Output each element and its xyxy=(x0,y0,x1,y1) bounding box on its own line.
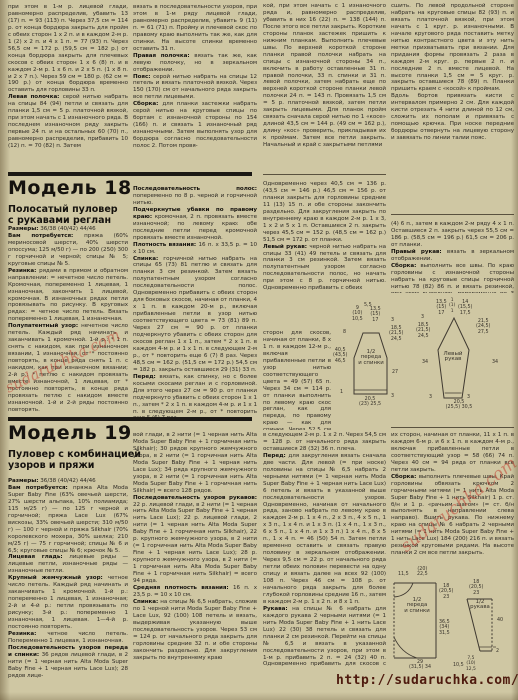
paragraph: вой глади, в 2 нити (= 1 черная нить Alt… xyxy=(133,432,257,495)
text-column-m18-4: (4) 6 п., затем в каждом 2-м ряду 4 х 1 … xyxy=(391,221,514,293)
paragraph: Размеры: 36/38 (40/42) 44/46 xyxy=(8,478,128,485)
measurement-label: 36,5 (34) 31,5 xyxy=(439,620,450,636)
measurement-label: 29 (31,5) 34 xyxy=(402,660,438,671)
measurement-label: 34 xyxy=(422,360,428,365)
measurement-label: 18 (20,5) 23 xyxy=(439,584,453,600)
paragraph: Левый рукав: черной нитью набрать на спи… xyxy=(263,244,386,293)
scan-shadow-left xyxy=(0,0,10,700)
paragraph: Размеры: 36/38 (40/42) 44/46 xyxy=(8,226,128,233)
text-column-m18-3-narrow: сторон для скосов, начиная от планки, 8 … xyxy=(263,330,331,430)
text-column-m19-3: в следующем 2-м р. 1 х 2 п. Через 54,5 с… xyxy=(263,432,386,668)
paragraph: Спинка: горчичной нитью набрать на спицы… xyxy=(133,256,257,374)
paragraph: Вдоль бортов привязать кисти с интервало… xyxy=(391,93,514,142)
paragraph: Лицевая гладь: лицевые ряды — лицевые пе… xyxy=(8,554,128,575)
paragraph: Крупный жемчужный узор: четное число пет… xyxy=(8,575,128,631)
paragraph: Вам потребуется: пряжа Alta Moda Super B… xyxy=(8,485,128,555)
measurement-label: (20) 22,5 xyxy=(417,567,428,578)
paragraph: Перед: для закругления вязать сначала дв… xyxy=(263,453,386,606)
paragraph: Пояс: серой нитью набрать на спицы 12 пе… xyxy=(133,74,257,102)
measurement-label: 8 xyxy=(343,330,346,335)
paragraph: Последовательность узоров переда и спинк… xyxy=(8,645,128,680)
text-column-m19-4: их сторон, начиная от планки, 11 х 1 п. … xyxy=(391,432,514,562)
scan-shadow-right xyxy=(511,0,518,700)
schematic-left-sleeve-m18 xyxy=(433,310,473,402)
paragraph: сшить. По левой продольной стороне набра… xyxy=(391,3,514,93)
paragraph: Плотность вязания: 16 п. х 33,5 р. = 10 … xyxy=(133,242,257,256)
paragraph: Подчеркнутые убавки по правому краю: кро… xyxy=(133,207,257,242)
paragraph: Последовательность узоров рукавов: 22 р.… xyxy=(133,495,257,585)
section-divider xyxy=(263,174,386,175)
paragraph: в следующем 2-м р. 1 х 2 п. Через 54,5 с… xyxy=(263,432,386,453)
measurement-label: 3 xyxy=(421,315,424,320)
scan-shadow-bottom xyxy=(0,692,518,700)
measurement-label: 40 xyxy=(497,618,503,623)
heading-bar xyxy=(8,172,252,176)
measurement-label: 18,5 (21,5) 24,5 xyxy=(416,323,430,339)
measurement-label: 2 xyxy=(496,649,499,654)
paragraph: Правый рукав: вязать в зеркальном отобра… xyxy=(391,249,514,263)
magazine-page: при этом в 1-м р. лицевой глади, равноме… xyxy=(0,0,518,700)
model-18-heading: Модель 18 xyxy=(8,177,132,199)
paragraph: Правая полочка: вязать так же, как левую… xyxy=(133,53,257,74)
text-column-m18-1: Размеры: 36/38 (40/42) 44/46Вам потребуе… xyxy=(8,226,128,416)
measurement-label: 34 xyxy=(492,360,498,365)
schematic-half-sleeve-m19 xyxy=(464,596,496,660)
paragraph: Рукава: на спицы № 6 набрать для каждого… xyxy=(263,606,386,668)
paragraph: Одновременно через 40,5 см = 136 р. (43,… xyxy=(263,181,386,244)
text-column-top-2: вязать в последовательности узоров, при … xyxy=(133,4,257,174)
measurement-label: 27 xyxy=(392,370,398,375)
paragraph: Перед: вязать, как спинку, но с более ко… xyxy=(133,374,257,423)
measurement-label: 1 xyxy=(340,390,343,395)
paragraph: Сборка: для планки застежки набрать серо… xyxy=(133,101,257,150)
measurement-label: 18 (20,5) 23 xyxy=(469,580,483,596)
measurement-label: 40,5 (43,5) 46,5 xyxy=(333,348,347,364)
model-19-title: Пуловер с комбинацией узоров и пряжи xyxy=(8,449,141,471)
text-column-m19-2: вой глади, в 2 нити (= 1 черная нить Alt… xyxy=(133,432,257,688)
paragraph: Полупатентный узор: нечетное число петел… xyxy=(8,323,128,413)
section-divider xyxy=(391,214,514,215)
schematic-front-back-m19 xyxy=(393,581,439,661)
site-url: http://sudaruchka.com/ xyxy=(336,673,518,688)
paragraph: Последовательность полос: попеременно по… xyxy=(133,186,257,207)
paragraph: Средняя плотность вязания: 16 п. х 23,5 … xyxy=(133,585,257,599)
text-column-m18-2: Последовательность полос: попеременно по… xyxy=(133,186,257,424)
schematic-front-back-m18 xyxy=(350,328,392,400)
paragraph: вязать в последовательности узоров, при … xyxy=(133,4,257,53)
paragraph: Левая полочка: серой нитью набрать на сп… xyxy=(8,94,128,150)
text-column-top-3: кой, при этом начать с 1 изнаночного ряд… xyxy=(263,3,386,171)
paragraph: Спинка: на спицы № 6,5 набрать, сложив п… xyxy=(133,599,257,662)
paragraph: Резинка: четное число петель. Попеременн… xyxy=(8,631,128,645)
measurement-label: 10,5 xyxy=(453,663,464,668)
text-column-top-4: сшить. По левой продольной стороне набра… xyxy=(391,3,514,171)
measurement-label: 21,5 (24,5) 27,5 xyxy=(476,319,490,335)
measurement-label: 3 xyxy=(429,395,432,400)
measurement-label: 11,5 xyxy=(398,572,409,577)
model-19-heading: Модель 19 xyxy=(8,422,132,444)
paragraph: Вам потребуется: пряжа (60% мериносовой … xyxy=(8,233,128,268)
paragraph: их сторон, начиная от планки, 11 х 1 п. … xyxy=(391,432,514,474)
paragraph: (4) 6 п., затем в каждом 2-м ряду 4 х 1 … xyxy=(391,221,514,249)
paragraph: Резинка: рядами в прямом и обратном напр… xyxy=(8,268,128,324)
paragraph: при этом в 1-м р. лицевой глади, равноме… xyxy=(8,4,128,94)
text-column-m19-1: Размеры: 36/38 (40/42) 44/46Вам потребуе… xyxy=(8,478,128,694)
section-divider xyxy=(391,427,514,428)
text-column-top-1: при этом в 1-м р. лицевой глади, равноме… xyxy=(8,4,128,168)
heading-bar xyxy=(8,417,252,421)
paragraph: Сборка: выполнить плечевые швы. Край гор… xyxy=(391,474,514,557)
paragraph: Сборка: выполнить все швы. По краю горло… xyxy=(391,263,514,293)
paragraph: кой, при этом начать с 1 изнаночного ряд… xyxy=(263,3,386,149)
model-18-title: Полосатый пуловер с рукавами реглан xyxy=(8,204,118,226)
paragraph: сторон для скосов, начиная от планки, 8 … xyxy=(263,330,331,430)
measurement-label: 3 xyxy=(391,318,394,323)
text-column-m18-3: Одновременно через 40,5 см = 136 р. (43,… xyxy=(263,181,386,329)
